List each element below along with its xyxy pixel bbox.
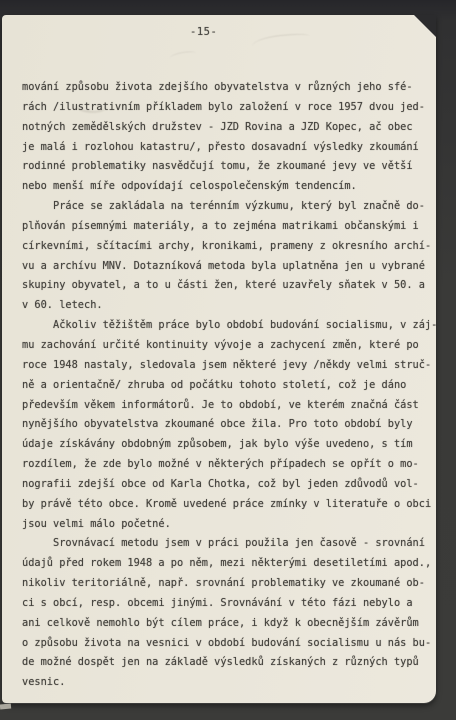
text-line: především věkem informátorů. Je to obdob… <box>22 396 432 416</box>
body-text: mování způsobu života zdejšího obyvatels… <box>22 78 432 693</box>
text-line: Práce se zakládala na terénním výzkumu, … <box>22 197 432 217</box>
text-line: roce 1948 nastaly, sledovala jsem někter… <box>22 356 432 376</box>
text-line: o způsobu života na vesnici v období bud… <box>22 634 432 654</box>
text-line: Ačkoliv těžištěm práce bylo období budov… <box>22 316 432 336</box>
text-line: by právě této obce. Kromě uvedené práce … <box>22 495 432 515</box>
underlying-page-edge <box>0 704 11 710</box>
text-line: ně a orientačně/ zhruba od počátku tohot… <box>22 376 432 396</box>
text-line: údaje získávány obdobným způsobem, jak b… <box>22 435 432 455</box>
text-line: církevními, sčítacími archy, kronikami, … <box>22 237 432 257</box>
text-line: nynějšího obyvatelstva zkoumané obce žil… <box>22 415 432 435</box>
text-line: vesnic. <box>22 673 432 693</box>
text-line: nografii zdejší obce od Karla Chotka, co… <box>22 475 432 495</box>
text-line: ani celkově nemohlo být cílem práce, i k… <box>22 614 432 634</box>
text-line: údajů před rokem 1948 a po něm, mezi něk… <box>22 554 432 574</box>
text-line: notných zemědělských družstev - JZD Rovi… <box>22 118 432 138</box>
document-page: -15- mování způsobu života zdejšího obyv… <box>2 15 436 703</box>
text-line: skupiny obyvatel, a to u části žen, kter… <box>22 276 432 296</box>
clipped-corner <box>414 15 436 37</box>
text-line: jsou velmi málo početné. <box>22 515 432 535</box>
text-line: je malá i rozlohou katastru/, přesto dos… <box>22 138 432 158</box>
text-line: Srovnávací metodu jsem v práci použila j… <box>22 534 432 554</box>
text-line: nebo menší míře odpovídají celospolečens… <box>22 177 432 197</box>
text-line: rách /ilustrativním příkladem bylo založ… <box>22 98 432 118</box>
text-line: mování způsobu života zdejšího obyvatels… <box>22 78 432 98</box>
text-line: mu zachování určité kontinuity vývoje a … <box>22 336 432 356</box>
text-line: v 60. letech. <box>22 296 432 316</box>
text-line: rozdílem, že zde bylo možné v některých … <box>22 455 432 475</box>
text-line: nikoliv teritoriálně, např. srovnání pro… <box>22 574 432 594</box>
scan-background: -15- mování způsobu života zdejšího obyv… <box>0 0 456 720</box>
text-line: ci s obcí, resp. obcemi jinými. Srovnává… <box>22 594 432 614</box>
text-line: de možné dospět jen na základě výsledků … <box>22 653 432 673</box>
text-line: vu a archívu MNV. Dotazníková metoda byl… <box>22 257 432 277</box>
text-line: rodinné problematiky nasvědčují tomu, že… <box>22 157 432 177</box>
text-line: plňován písemnými materiály, a to zejmén… <box>22 217 432 237</box>
pencil-smudge <box>252 32 311 48</box>
pencil-smudge <box>170 50 197 61</box>
page-number: -15- <box>190 26 217 38</box>
